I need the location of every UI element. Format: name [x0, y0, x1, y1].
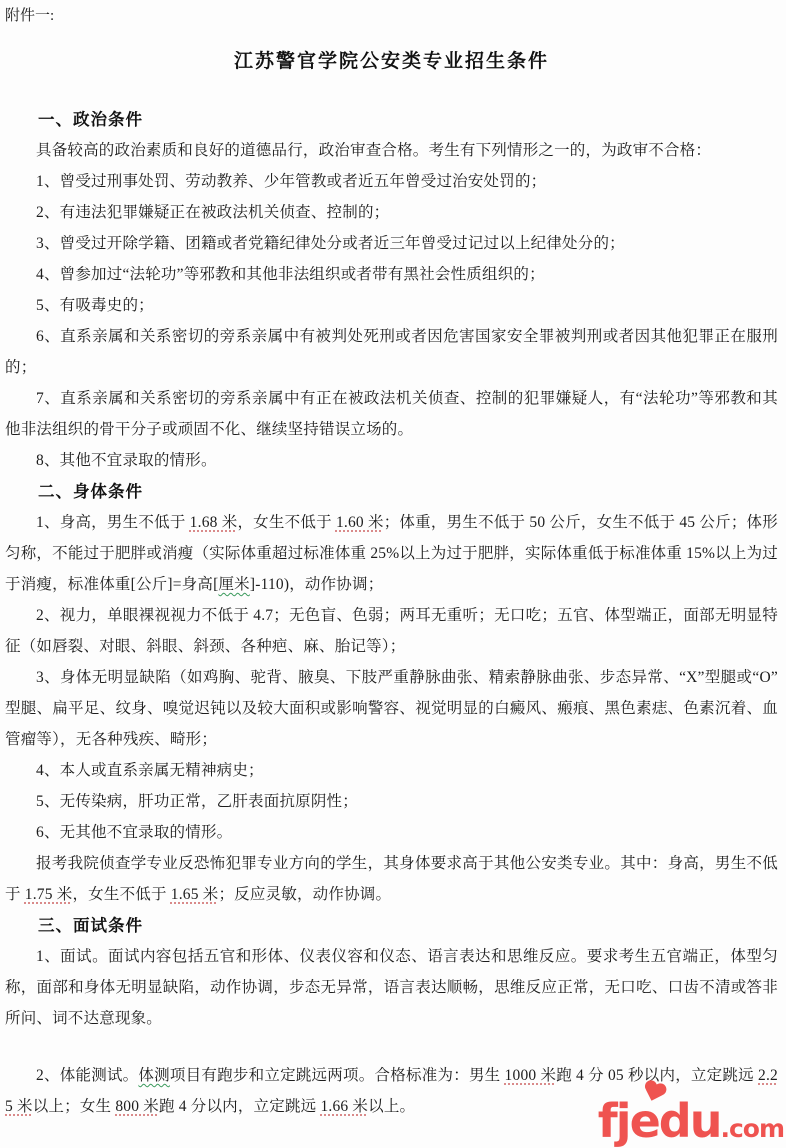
paragraph: 报考我院侦查学专业反恐怖犯罪专业方向的学生，其身体要求高于其他公安类专业。其中：…	[5, 848, 778, 910]
sections-container: 一、政治条件具备较高的政治素质和良好的道德品行，政治审查合格。考生有下列情形之一…	[5, 104, 778, 1122]
text-run: 7、直系亲属和关系密切的旁系亲属中有正在被政法机关侦查、控制的犯罪嫌疑人，有“法…	[5, 390, 778, 438]
paragraph: 6、无其他不宜录取的情形。	[5, 817, 778, 848]
section-heading: 一、政治条件	[5, 104, 778, 135]
text-run: 5、无传染病，肝功正常，乙肝表面抗原阴性；	[36, 793, 358, 810]
section-heading: 三、面试条件	[5, 910, 778, 941]
text-run: ，女生不低于	[72, 886, 170, 903]
text-run: 6、直系亲属和关系密切的旁系亲属中有被判处死刑或者因危害国家安全罪被判刑或者因其…	[5, 328, 778, 376]
text-run: ]-110)，动作协调；	[250, 576, 384, 593]
text-run: 以上；女生	[33, 1098, 116, 1115]
paragraph: 1、曾受过刑事处罚、劳动教养、少年管教或者近五年曾受过治安处罚的；	[5, 166, 778, 197]
paragraph: 5、无传染病，肝功正常，乙肝表面抗原阴性；	[5, 786, 778, 817]
paragraph: 8、其他不宜录取的情形。	[5, 445, 778, 476]
paragraph: 3、身体无明显缺陷（如鸡胸、驼背、腋臭、下肢严重静脉曲张、精索静脉曲张、步态异常…	[5, 662, 778, 755]
document-page: 附件一: 江苏警官学院公安类专业招生条件 一、政治条件具备较高的政治素质和良好的…	[0, 0, 786, 1122]
spellcheck-underlined-text: 体测	[138, 1067, 169, 1084]
proofing-underlined-value: 1000 米	[505, 1067, 557, 1084]
text-run: 1、曾受过刑事处罚、劳动教养、少年管教或者近五年曾受过治安处罚的；	[36, 173, 546, 190]
text-run: 2、有违法犯罪嫌疑正在被政法机关侦查、控制的；	[36, 204, 389, 221]
page-title: 江苏警官学院公安类专业招生条件	[5, 50, 778, 74]
paragraph: 5、有吸毒史的；	[5, 290, 778, 321]
paragraph: 3、曾受过开除学籍、团籍或者党籍纪律处分或者近三年曾受过记过以上纪律处分的；	[5, 228, 778, 259]
paragraph: 具备较高的政治素质和良好的道德品行，政治审查合格。考生有下列情形之一的，为政审不…	[5, 135, 778, 166]
proofing-underlined-value: 800 米	[115, 1098, 159, 1115]
text-run: ；反应灵敏，动作协调。	[218, 886, 391, 903]
text-run: 项目有跑步和立定跳远两项。合格标准为：男生	[170, 1067, 505, 1084]
paragraph: 1、身高，男生不低于 1.68 米，女生不低于 1.60 米；体重，男生不低于 …	[5, 507, 778, 600]
text-run: ，女生不低于	[237, 514, 336, 531]
proofing-underlined-value: 1.75 米	[25, 886, 73, 903]
text-run: 跑 4 分 05 秒以内，立定跳远	[556, 1067, 758, 1084]
text-run: 4、本人或直系亲属无精神病史；	[36, 762, 264, 779]
paragraph: 4、曾参加过“法轮功”等邪教和其他非法组织或者带有黑社会性质组织的；	[5, 259, 778, 290]
text-run: 具备较高的政治素质和良好的道德品行，政治审查合格。考生有下列情形之一的，为政审不…	[36, 142, 711, 159]
text-run: 5、有吸毒史的；	[36, 297, 154, 314]
text-run: 4、曾参加过“法轮功”等邪教和其他非法组织或者带有黑社会性质组织的；	[36, 266, 545, 283]
paragraph: 7、直系亲属和关系密切的旁系亲属中有正在被政法机关侦查、控制的犯罪嫌疑人，有“法…	[5, 383, 778, 445]
paragraph: 1、面试。面试内容包括五官和形体、仪表仪容和仪态、语言表达和思维反应。要求考生五…	[5, 941, 778, 1034]
paragraph: 2、视力，单眼裸视视力不低于 4.7；无色盲、色弱；两耳无重听；无口吃；五官、体…	[5, 600, 778, 662]
section-heading: 二、身体条件	[5, 476, 778, 507]
proofing-underlined-value: 1.68 米	[190, 514, 238, 531]
watermark-logo: fjedu.com	[598, 1098, 784, 1144]
text-run: 2、体能测试。	[36, 1067, 138, 1084]
text-run: 6、无其他不宜录取的情形。	[36, 824, 232, 841]
attachment-label: 附件一:	[5, 6, 778, 26]
paragraph: 4、本人或直系亲属无精神病史；	[5, 755, 778, 786]
text-run: 3、身体无明显缺陷（如鸡胸、驼背、腋臭、下肢严重静脉曲张、精索静脉曲张、步态异常…	[5, 669, 778, 748]
text-run: 1、面试。面试内容包括五官和形体、仪表仪容和仪态、语言表达和思维反应。要求考生五…	[5, 948, 778, 1027]
paragraph: 2、有违法犯罪嫌疑正在被政法机关侦查、控制的；	[5, 197, 778, 228]
text-run: 3、曾受过开除学籍、团籍或者党籍纪律处分或者近三年曾受过记过以上纪律处分的；	[36, 235, 625, 252]
proofing-underlined-value: 1.65 米	[171, 886, 219, 903]
paragraph: 6、直系亲属和关系密切的旁系亲属中有被判处死刑或者因危害国家安全罪被判刑或者因其…	[5, 321, 778, 383]
proofing-underlined-value: 1.60 米	[336, 514, 384, 531]
text-run: 以上。	[368, 1098, 415, 1115]
text-run: 跑 4 分以内，立定跳远	[159, 1098, 320, 1115]
text-run: 8、其他不宜录取的情形。	[36, 452, 217, 469]
text-run: 2、视力，单眼裸视视力不低于 4.7；无色盲、色弱；两耳无重听；无口吃；五官、体…	[5, 607, 778, 655]
watermark-tld-text: .com	[720, 1114, 784, 1143]
spellcheck-underlined-text: 厘米	[218, 576, 249, 593]
text-run: 1、身高，男生不低于	[36, 514, 190, 531]
proofing-underlined-value: 1.66 米	[320, 1098, 368, 1115]
